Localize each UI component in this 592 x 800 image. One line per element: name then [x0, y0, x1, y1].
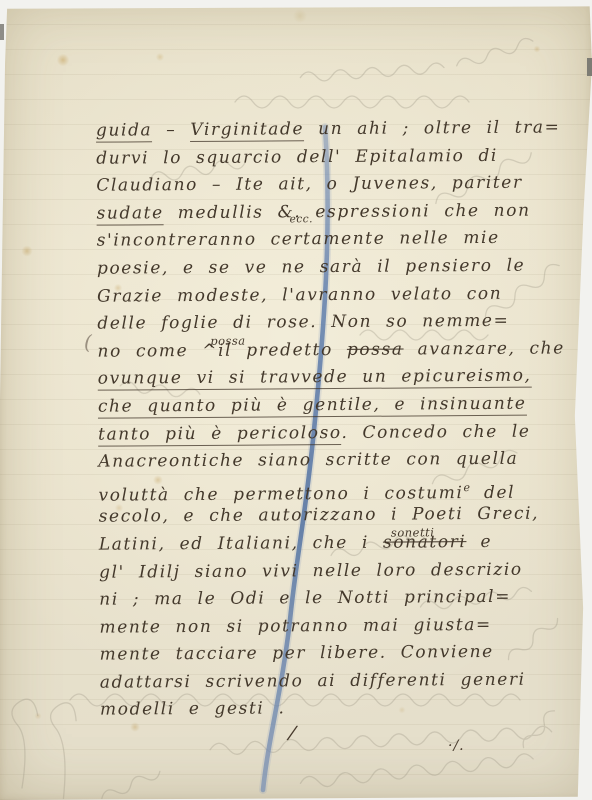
manuscript-text: delle foglie di rose. Non so nemme= — [97, 311, 509, 334]
manuscript-text: guida — [96, 120, 152, 142]
manuscript-text: tanto più è pericoloso — [98, 423, 341, 447]
manuscript-line: ni ; ma le Odi e le Notti principal= — [99, 583, 577, 614]
manuscript-line: adattarsi scrivendo ai differenti generi — [100, 666, 578, 697]
manuscript-text: Grazie modeste, l'avranno velato con — [97, 283, 502, 306]
manuscript-text: Virginitade — [190, 119, 304, 142]
manuscript-text: sudate — [96, 203, 163, 225]
manuscript-line: poesie, e se ve ne sarà il pensiero le — [97, 252, 575, 283]
manuscript-line: gl' Idilj siano vivi nelle loro descrizi… — [99, 556, 577, 587]
manuscript-line: no come ^possail predetto possa avanzare… — [97, 335, 575, 366]
manuscript-text: Anacreontiche siano scritte con quella — [98, 449, 518, 472]
manuscript-text: – — [152, 120, 190, 140]
struck-word: possa — [347, 339, 404, 359]
manuscript-text: ovunque vi si travvede un epicureismo, — [98, 366, 532, 391]
manuscript-text: e — [466, 532, 492, 552]
manuscript-text: secolo, e che autorizzano i Poeti Greci, — [99, 504, 540, 527]
manuscript-text: espressioni che non — [301, 200, 530, 222]
margin-pencil-mark: ( — [84, 330, 92, 354]
manuscript-line: tanto più è pericoloso. Concedo che le — [98, 418, 576, 449]
manuscript-text: modelli e gesti . — [100, 699, 286, 720]
manuscript-line: mente non si potranno mai giusta= — [99, 611, 577, 642]
manuscript-text: mente non si potranno mai giusta= — [99, 615, 492, 638]
paper-edge-notch-left — [0, 24, 4, 40]
interlinear-insertion: possa — [210, 327, 246, 355]
manuscript-text: del — [470, 482, 515, 502]
manuscript-text: mente tacciare per libere. Conviene — [100, 642, 494, 665]
manuscript-line: Anacreontiche siano scritte con quella — [98, 445, 576, 476]
manuscript-text: avanzare, che — [404, 338, 565, 359]
paper-edge-notch-right — [587, 58, 592, 76]
scanned-manuscript-page: guida – Virginitade un ahi ; oltre il tr… — [0, 0, 592, 800]
interlinear-note: ecc. — [290, 206, 314, 234]
manuscript-text: che quanto più è gentile, e insinuante — [98, 394, 527, 419]
manuscript-text: medullis — [164, 202, 278, 223]
manuscript-text: durvi lo squarcio dell' Epitalamio di — [96, 145, 498, 168]
struck-word: sonatorisonetti — [383, 532, 467, 553]
manuscript-text: gl' Idilj siano vivi nelle loro descrizi… — [99, 559, 523, 582]
manuscript-line: secolo, e che autorizzano i Poeti Greci, — [99, 501, 577, 532]
manuscript-text: Latini, ed Italiani, che i — [99, 533, 383, 555]
handwritten-text-block: guida – Virginitade un ahi ; oltre il tr… — [96, 114, 578, 724]
manuscript-line: Claudiano – Ite ait, o Juvenes, pariter — [96, 170, 574, 201]
manuscript-line: delle foglie di rose. Non so nemme= — [97, 307, 575, 338]
manuscript-line: che quanto più è gentile, e insinuante — [98, 390, 576, 421]
manuscript-text: Claudiano – Ite ait, o Juvenes, pariter — [96, 173, 522, 196]
manuscript-line: durvi lo squarcio dell' Epitalamio di — [96, 142, 574, 173]
end-of-text-mark: ·/. — [448, 738, 465, 754]
manuscript-line: ovunque vi si travvede un epicureismo, — [98, 363, 576, 394]
manuscript-text: no come — [97, 341, 202, 362]
manuscript-text: adattarsi scrivendo ai differenti generi — [100, 670, 526, 693]
manuscript-text: poesie, e se ve ne sarà il pensiero le — [97, 256, 525, 279]
manuscript-line: mente tacciare per libere. Conviene — [100, 639, 578, 670]
interlinear-insertion: sonetti — [391, 519, 435, 547]
manuscript-line: voluttà che permettono i costumie del — [98, 473, 576, 504]
manuscript-line: modelli e gesti . — [100, 694, 578, 725]
manuscript-text: . Concedo che le — [341, 421, 530, 442]
manuscript-line: Grazie modeste, l'avranno velato con — [97, 280, 575, 311]
manuscript-line: Latini, ed Italiani, che i sonatorisonet… — [99, 528, 577, 559]
manuscript-text: un ahi ; oltre il tra= — [304, 117, 560, 139]
manuscript-text: &.ecc. — [278, 202, 302, 222]
corrected-word: ^possa — [202, 341, 218, 361]
manuscript-line: s'incontreranno certamente nelle mie — [97, 225, 575, 256]
manuscript-line: guida – Virginitade un ahi ; oltre il tr… — [96, 114, 574, 145]
manuscript-text: ni ; ma le Odi e le Notti principal= — [99, 587, 511, 610]
manuscript-line: sudate medullis &.ecc. espressioni che n… — [96, 197, 574, 228]
